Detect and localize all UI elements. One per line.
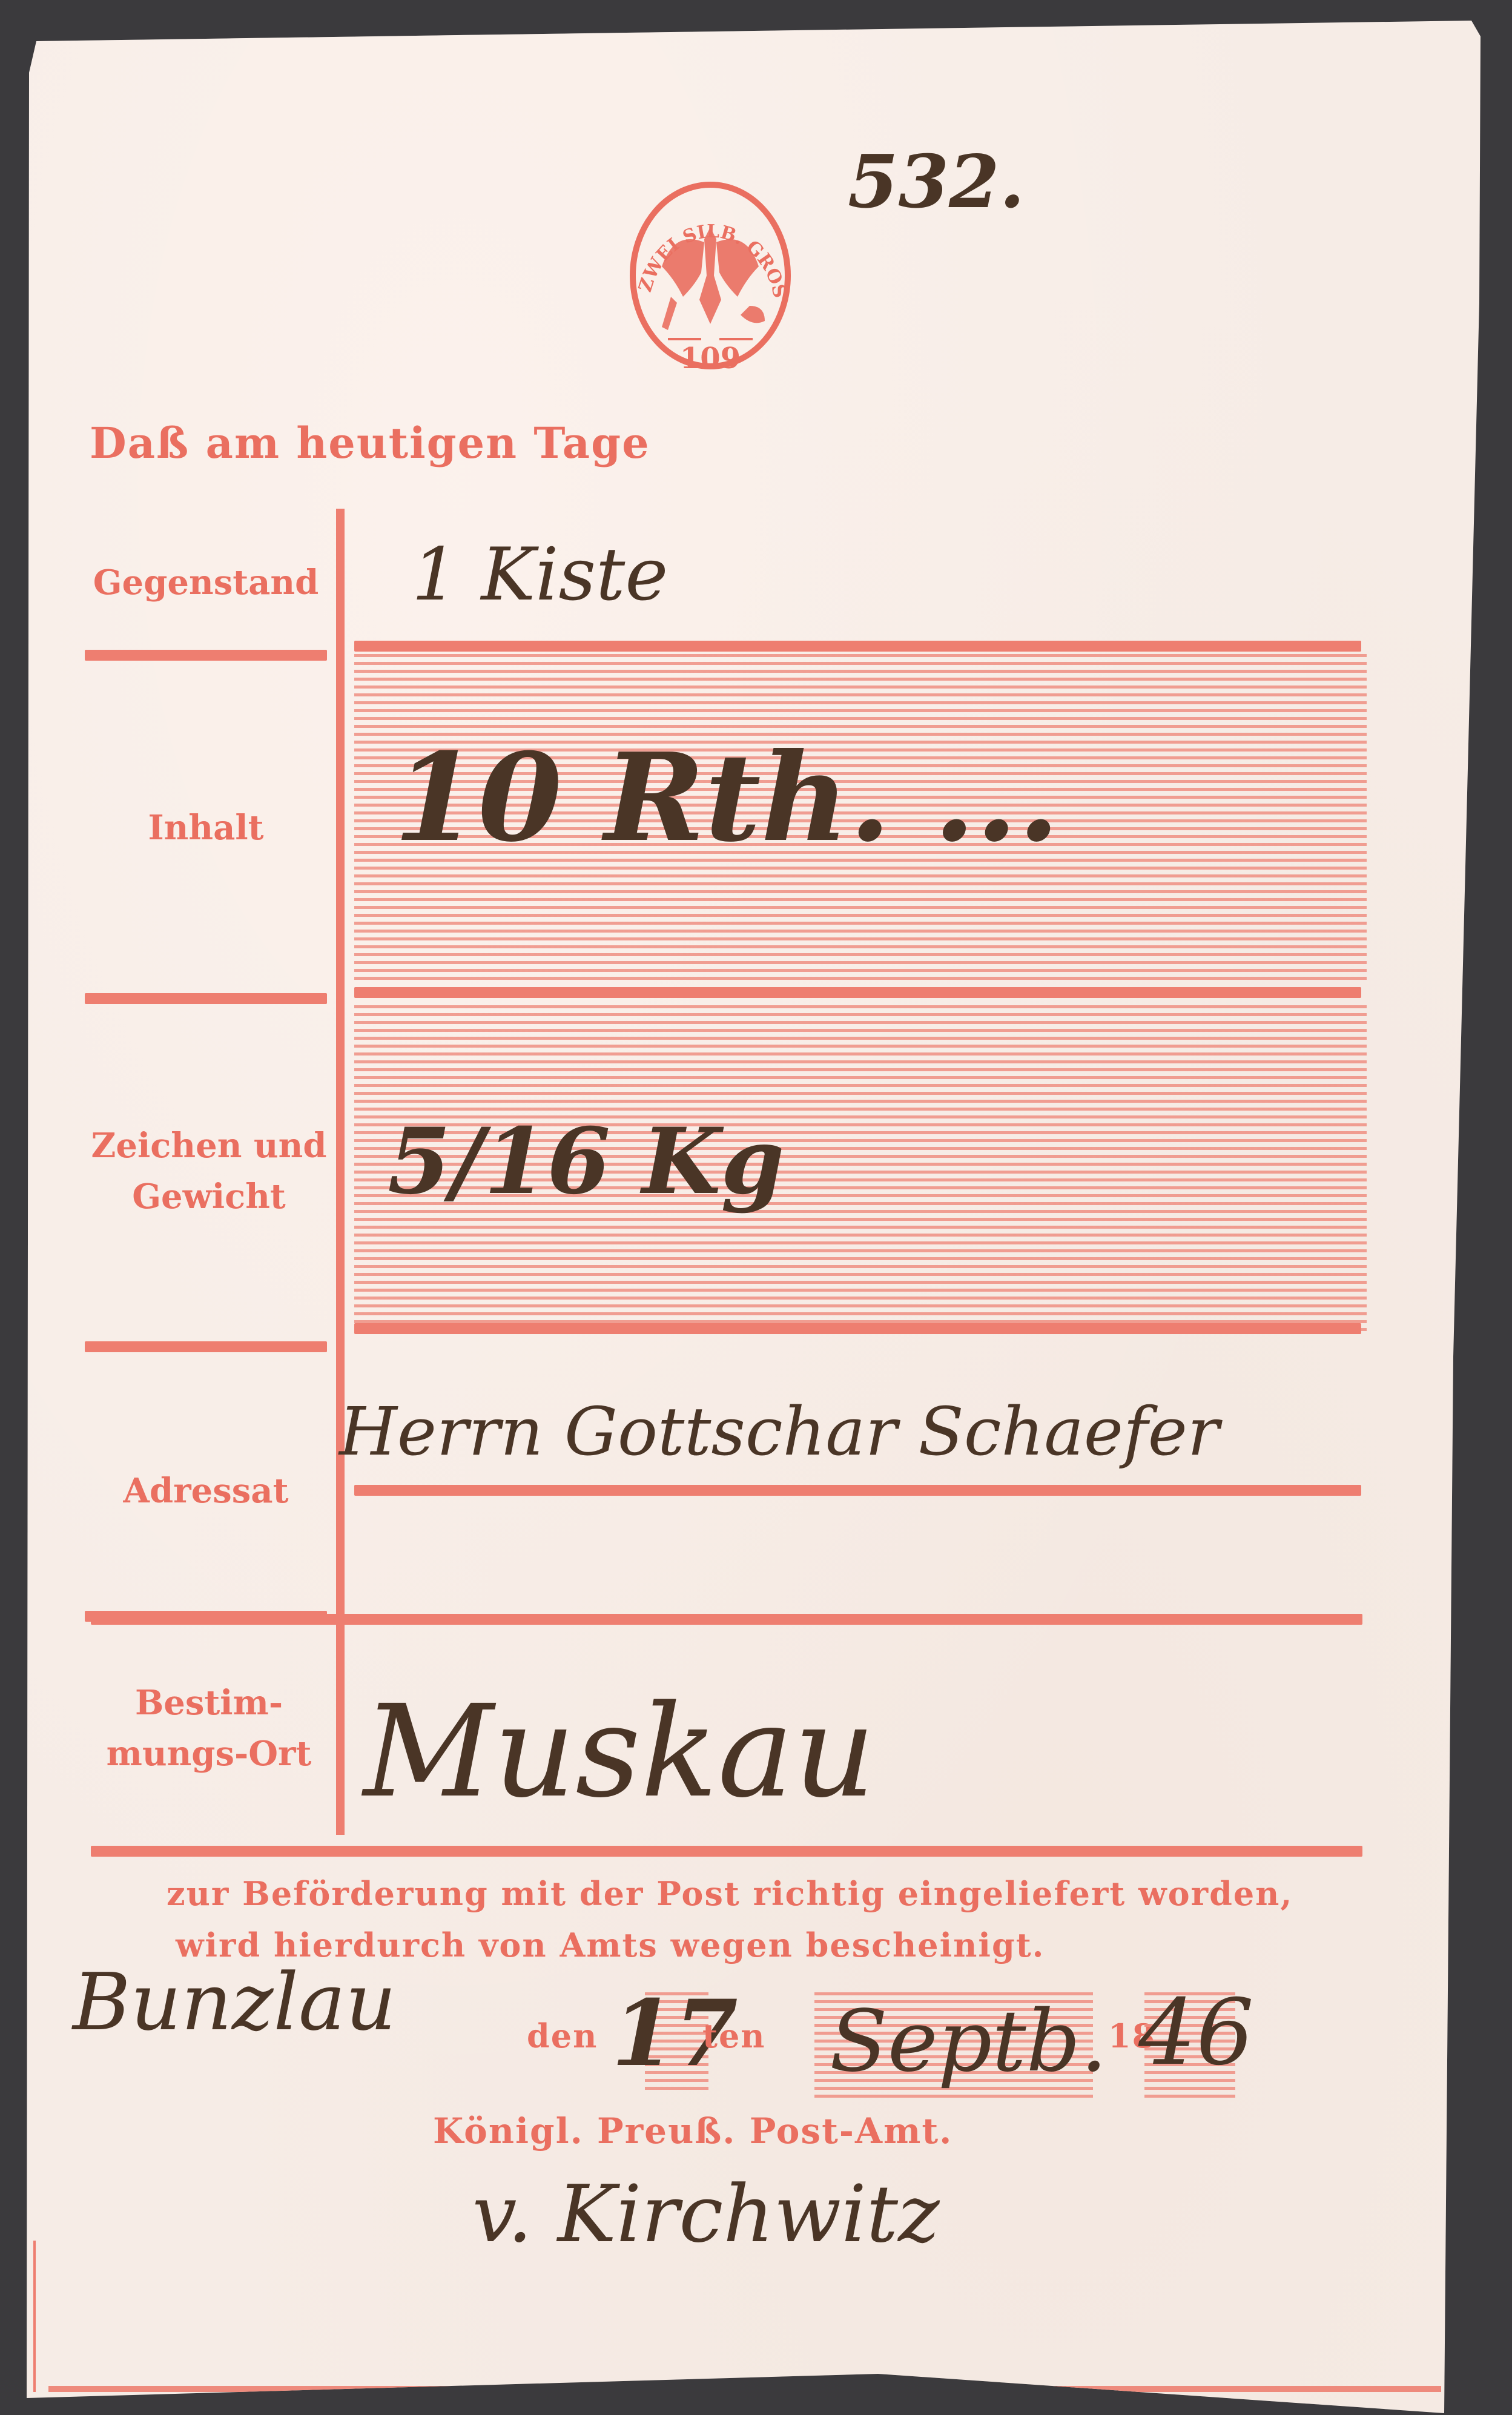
left-edge-rule [33, 2241, 36, 2392]
svg-text:109: 109 [680, 342, 741, 375]
value-zeichen-gewicht[interactable]: 5/16 Kg [388, 1108, 784, 1215]
column-divider [336, 509, 345, 1835]
row-divider [354, 641, 1361, 652]
serial-number: 532. [848, 139, 1025, 225]
label-line: Zeichen und [85, 1120, 333, 1171]
label-gegenstand: Gegenstand [85, 557, 327, 608]
label-line: Bestim- [85, 1677, 333, 1728]
value-bestimmungs-ort[interactable]: Muskau [363, 1677, 876, 1826]
row-divider [354, 1485, 1361, 1496]
label-adressat: Adressat [85, 1465, 327, 1516]
row-divider [91, 1846, 1362, 1857]
row-divider [85, 993, 327, 1004]
header-text: Daß am heutigen Tage [90, 418, 650, 468]
row-divider [85, 1341, 327, 1352]
row-divider [354, 1323, 1361, 1334]
value-gegenstand[interactable]: 1 Kiste [412, 533, 668, 617]
value-adressat[interactable]: Herrn Gottschar Schaefer [339, 1393, 1219, 1470]
date-month[interactable]: Septb. [830, 1992, 1108, 2091]
place-of-issue[interactable]: Bunzlau [73, 1956, 396, 2048]
value-inhalt[interactable]: 10 Rth. ... [394, 727, 1060, 869]
label-zeichen-und-gewicht: Zeichen und Gewicht [85, 1120, 333, 1222]
signature[interactable]: v. Kirchwitz [472, 2168, 940, 2260]
row-divider-adressat [91, 1614, 1362, 1625]
date-ten: ten [702, 2017, 766, 2055]
prussian-eagle-icon: ZWEI SILB. GROSCHEN. 109 [626, 176, 795, 382]
label-inhalt: Inhalt [85, 802, 327, 853]
label-line: mungs-Ort [85, 1728, 333, 1779]
label-bestimmungs-ort: Bestim- mungs-Ort [85, 1677, 333, 1779]
date-year-suffix[interactable]: 46 [1138, 1980, 1254, 2086]
bottom-border-rule [48, 2386, 1441, 2392]
date-den: den [527, 2017, 598, 2055]
row-divider [85, 650, 327, 661]
row-divider [354, 987, 1361, 998]
office-name: Königl. Preuß. Post-Amt. [433, 2110, 952, 2152]
certification-line-1: zur Beförderung mit der Post richtig ein… [167, 1874, 1293, 1913]
postage-stamp: ZWEI SILB. GROSCHEN. 109 [626, 176, 795, 382]
postal-receipt-paper: 532. ZWEI SILB. GROSCHEN. 109 Daß am [0, 0, 1512, 2415]
label-line: Gewicht [85, 1171, 333, 1222]
